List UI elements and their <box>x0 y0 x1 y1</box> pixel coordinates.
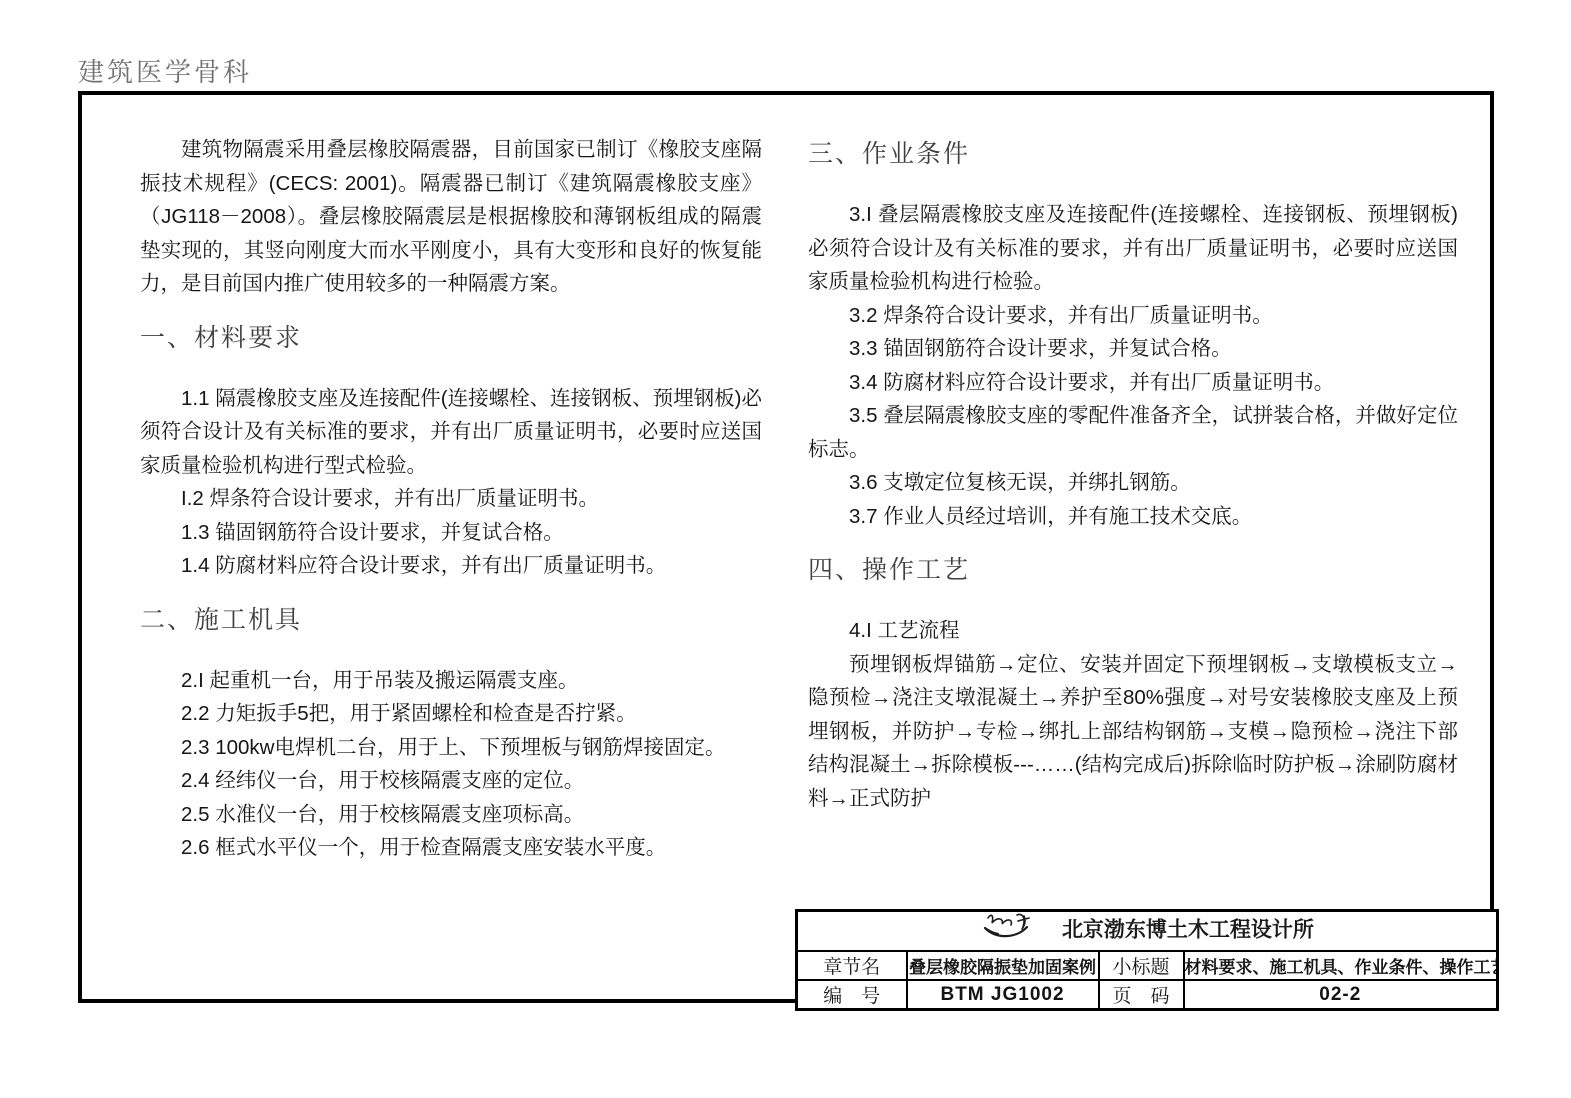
item-4-1-subtitle: 4.I 工艺流程 <box>808 614 1458 648</box>
item-1-3: 1.3 锚固钢筋符合设计要求，并复试合格。 <box>140 516 762 550</box>
item-2-2: 2.2 力矩扳手5把，用于紧固螺栓和检查是否拧紧。 <box>140 697 762 731</box>
item-3-4: 3.4 防腐材料应符合设计要求，并有出厂质量证明书。 <box>808 366 1458 400</box>
subtitle-label: 小标题 <box>1099 951 1184 980</box>
content-frame: 建筑物隔震采用叠层橡胶隔震器，目前国家已制订《橡胶支座隔振技术规程》(CECS:… <box>78 91 1494 1003</box>
process-flow-paragraph: 预埋钢板焊锚筋→定位、安装并固定下预埋钢板→支墩模板支立→隐预检→浇注支墩混凝土… <box>808 648 1458 816</box>
item-1-1: 1.1 隔震橡胶支座及连接配件(连接螺栓、连接钢板、预埋钢板)必须符合设计及有关… <box>140 382 762 483</box>
left-column: 建筑物隔震采用叠层橡胶隔震器，目前国家已制订《橡胶支座隔振技术规程》(CECS:… <box>140 133 762 865</box>
chapter-label: 章节名 <box>797 951 907 980</box>
item-2-4: 2.4 经纬仪一台，用于校核隔震支座的定位。 <box>140 764 762 798</box>
item-2-3: 2.3 100kw电焊机二台，用于上、下预埋板与钢筋焊接固定。 <box>140 731 762 765</box>
item-2-5: 2.5 水准仪一台，用于校核隔震支座项标高。 <box>140 798 762 832</box>
company-cell: 北京渤东博土木工程设计所 <box>797 911 1498 952</box>
item-3-5: 3.5 叠层隔震橡胶支座的零配件准备齐全，试拼装合格，并做好定位标志。 <box>808 399 1458 466</box>
right-column: 三、作业条件 3.I 叠层隔震橡胶支座及连接配件(连接螺栓、连接钢板、预埋钢板)… <box>808 133 1458 815</box>
page-code-label: 页 码 <box>1099 980 1184 1010</box>
chapter-value: 叠层橡胶隔振垫加固案例 <box>907 951 1099 980</box>
item-1-4: 1.4 防腐材料应符合设计要求，并有出厂质量证明书。 <box>140 549 762 583</box>
subtitle-value: 材料要求、施工机具、作业条件、操作工艺 <box>1184 951 1498 980</box>
item-2-1: 2.I 起重机一台，用于吊装及搬运隔震支座。 <box>140 664 762 698</box>
signature-logo-icon <box>980 912 1042 950</box>
page-code-value: 02-2 <box>1184 980 1498 1010</box>
company-name: 北京渤东博土木工程设计所 <box>1062 919 1314 942</box>
number-value: BTM JG1002 <box>907 980 1099 1010</box>
item-3-3: 3.3 锚固钢筋符合设计要求，并复试合格。 <box>808 332 1458 366</box>
page-header-watermark: 建筑医学骨科 <box>78 52 252 89</box>
intro-paragraph: 建筑物隔震采用叠层橡胶隔震器，目前国家已制订《橡胶支座隔振技术规程》(CECS:… <box>140 133 762 301</box>
document-page: 建筑医学骨科 建筑物隔震采用叠层橡胶隔震器，目前国家已制订《橡胶支座隔振技术规程… <box>0 0 1571 1098</box>
item-3-2: 3.2 焊条符合设计要求，并有出厂质量证明书。 <box>808 299 1458 333</box>
item-3-1: 3.I 叠层隔震橡胶支座及连接配件(连接螺栓、连接钢板、预埋钢板)必须符合设计及… <box>808 198 1458 299</box>
section-title-procedure: 四、操作工艺 <box>808 557 1458 585</box>
item-3-7: 3.7 作业人员经过培训，并有施工技术交底。 <box>808 500 1458 534</box>
item-3-6: 3.6 支墩定位复核无误，并绑扎钢筋。 <box>808 466 1458 500</box>
section-title-equipment: 二、施工机具 <box>140 607 762 635</box>
item-2-6: 2.6 框式水平仪一个，用于检查隔震支座安装水平度。 <box>140 831 762 865</box>
number-label: 编 号 <box>797 980 907 1010</box>
item-1-2: I.2 焊条符合设计要求，并有出厂质量证明书。 <box>140 482 762 516</box>
section-title-materials: 一、材料要求 <box>140 325 762 353</box>
section-title-work-conditions: 三、作业条件 <box>808 141 1458 169</box>
title-block: 北京渤东博土木工程设计所 章节名 叠层橡胶隔振垫加固案例 小标题 材料要求、施工… <box>795 909 1499 1011</box>
